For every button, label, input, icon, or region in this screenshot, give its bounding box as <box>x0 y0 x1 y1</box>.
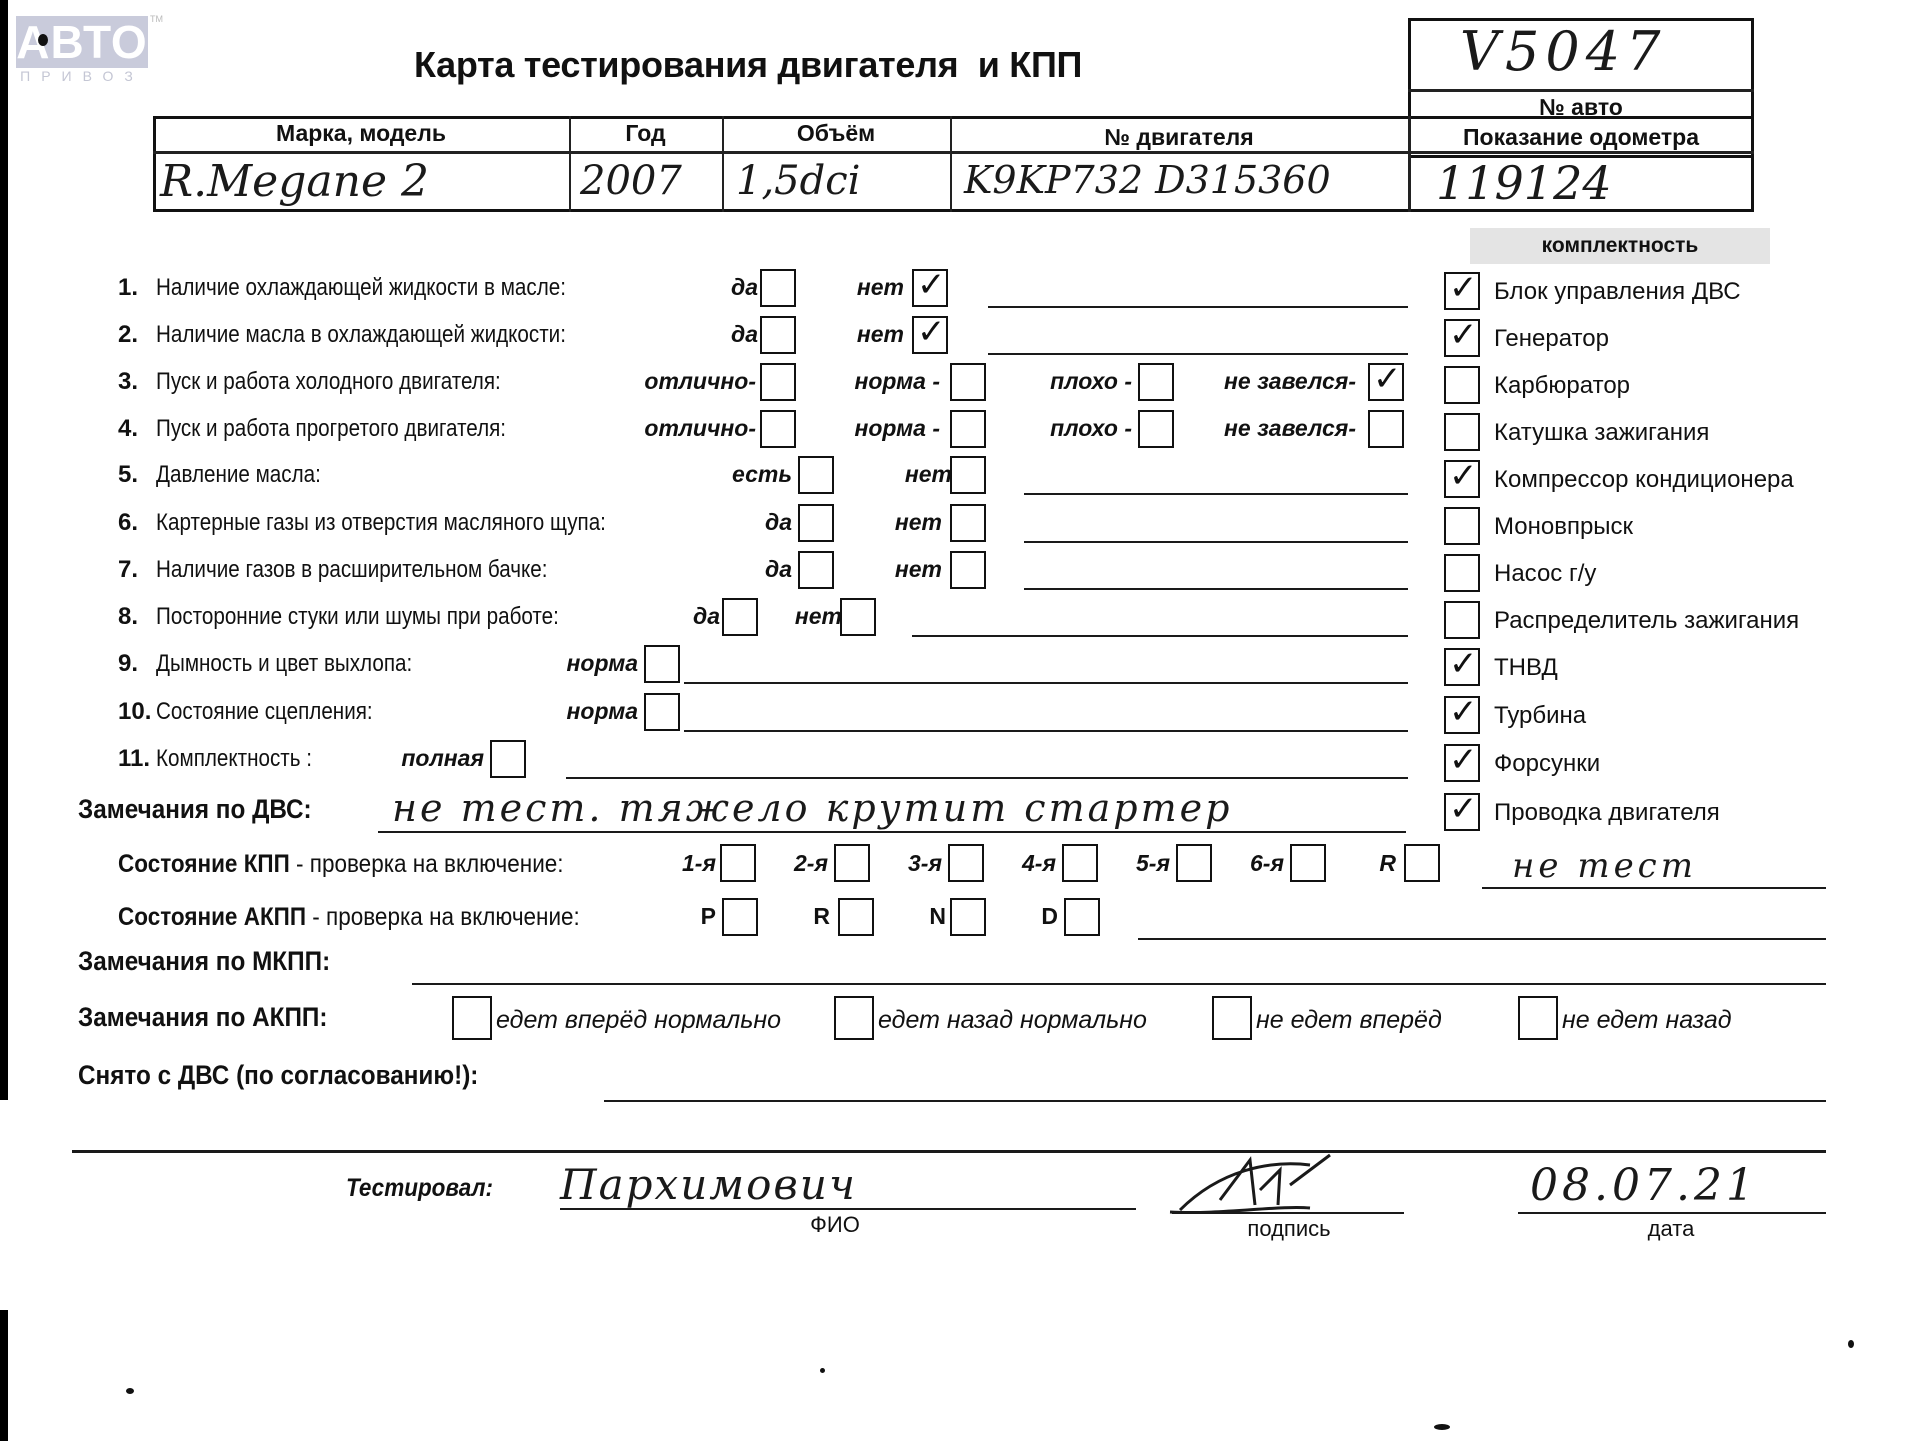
scan-edge-bottom <box>0 1310 8 1441</box>
car-number-value: V5047 <box>1460 20 1666 83</box>
scan-speck <box>126 1388 134 1394</box>
option-label: плохо - <box>1050 415 1132 442</box>
option-label: да <box>765 509 792 536</box>
gear-checkbox[interactable] <box>720 844 756 882</box>
option-checkbox[interactable] <box>760 269 796 307</box>
option-label: да <box>731 321 758 348</box>
auto-position-checkbox[interactable] <box>950 898 986 936</box>
option-label: да <box>765 556 792 583</box>
engine-number-value[interactable]: K9KP732 D315360 <box>964 158 1331 202</box>
gear-checkbox[interactable] <box>1404 844 1440 882</box>
scan-speck <box>820 1368 825 1373</box>
option-checkbox[interactable] <box>798 504 834 542</box>
option-checkbox[interactable] <box>760 316 796 354</box>
option-checkbox[interactable] <box>840 598 876 636</box>
option-label: полная <box>401 745 484 772</box>
option-label: нет <box>895 509 942 536</box>
gear-checkbox[interactable] <box>1176 844 1212 882</box>
option-checkbox[interactable] <box>798 551 834 589</box>
checklist-item-number: 11. <box>118 745 150 773</box>
tester-name-line <box>560 1208 1136 1210</box>
checklist-item-number: 4. <box>118 415 138 443</box>
akpp-remark-checkbox[interactable] <box>452 996 492 1040</box>
checklist-item-number: 6. <box>118 509 138 537</box>
gear-checkbox[interactable] <box>1062 844 1098 882</box>
completeness-checkbox[interactable] <box>1444 601 1480 639</box>
mkpp-remarks-label: Замечания по МКПП: <box>78 946 330 977</box>
checklist-item-number: 2. <box>118 321 138 349</box>
akpp-remark-label: не едет назад <box>1562 1006 1732 1035</box>
option-label: отлично- <box>644 415 756 442</box>
removed-line <box>604 1100 1826 1102</box>
option-label: не завелся- <box>1224 415 1356 442</box>
footer-separator <box>72 1150 1826 1153</box>
checklist-item-label: Пуск и работа прогретого двигателя: <box>156 415 506 443</box>
checklist-note-line <box>1024 541 1408 543</box>
akpp-remark-checkbox[interactable] <box>834 996 874 1040</box>
akpp-remark-label: едет назад нормально <box>878 1006 1147 1035</box>
checklist-note-line <box>988 306 1408 308</box>
option-checkbox[interactable] <box>1138 363 1174 401</box>
table-header-divider <box>153 151 1754 154</box>
option-label: нет <box>857 321 904 348</box>
checklist-item-number: 9. <box>118 650 138 678</box>
engine-remarks-value[interactable]: не тест. тяжело крутит стартер <box>392 786 1232 830</box>
auto-gearbox-note-line <box>1138 938 1826 940</box>
checklist-note-line <box>988 353 1408 355</box>
completeness-checkbox[interactable] <box>1444 554 1480 592</box>
option-label: норма - <box>854 415 940 442</box>
auto-gearbox-label-bold: Состояние АКПП <box>118 903 306 931</box>
manual-gearbox-label: Состояние КПП - проверка на включение: <box>118 850 564 879</box>
test-date[interactable]: 08.07.21 <box>1530 1160 1758 1211</box>
auto-position-label: R <box>813 903 830 930</box>
gear-label: 3-я <box>908 850 942 877</box>
akpp-remark-checkbox[interactable] <box>1212 996 1252 1040</box>
gear-label: R <box>1379 850 1396 877</box>
checklist-item-label: Наличие охлаждающей жидкости в масле: <box>156 274 566 302</box>
option-label: нет <box>857 274 904 301</box>
checklist-item-label: Картерные газы из отверстия масляного щу… <box>156 509 606 537</box>
completeness-item-label: Компрессор кондиционера <box>1494 466 1794 494</box>
completeness-checkbox[interactable] <box>1444 744 1480 782</box>
checklist-item-label: Давление масла: <box>156 461 321 489</box>
completeness-item-label: Турбина <box>1494 702 1586 730</box>
completeness-checkbox[interactable] <box>1444 366 1480 404</box>
completeness-heading: комплектность <box>1470 228 1770 264</box>
checklist-item-number: 7. <box>118 556 138 584</box>
checklist-item-label: Пуск и работа холодного двигателя: <box>156 368 501 396</box>
engine-remarks-line <box>378 831 1406 833</box>
gear-checkbox[interactable] <box>948 844 984 882</box>
completeness-item-label: Карбюратор <box>1494 372 1630 400</box>
option-checkbox[interactable] <box>950 456 986 494</box>
option-label: плохо - <box>1050 368 1132 395</box>
checklist-item-number: 3. <box>118 368 138 396</box>
completeness-checkbox[interactable] <box>1444 413 1480 451</box>
logo: АВТО <box>16 16 148 68</box>
col-header-year: Год <box>569 120 722 147</box>
col-header-volume: Объём <box>722 120 950 147</box>
checklist-note-line <box>1024 588 1408 590</box>
auto-position-checkbox[interactable] <box>1064 898 1100 936</box>
completeness-checkbox[interactable] <box>1444 319 1480 357</box>
date-line <box>1518 1212 1826 1214</box>
logo-subtitle: ПРИВОЗ <box>16 68 148 84</box>
checklist-note-line <box>566 777 1408 779</box>
checklist-item-label: Комплектность : <box>156 745 312 773</box>
option-label: да <box>731 274 758 301</box>
completeness-item-label: ТНВД <box>1494 654 1558 682</box>
option-checkbox[interactable] <box>1138 410 1174 448</box>
tester-label: Тестировал: <box>346 1174 493 1203</box>
scan-edge-top <box>0 0 8 1100</box>
manual-gearbox-label-rest: - проверка на включение: <box>290 850 564 878</box>
gear-label: 6-я <box>1250 850 1284 877</box>
completeness-item-label: Насос г/у <box>1494 560 1596 588</box>
checklist-item-label: Дымность и цвет выхлопа: <box>156 650 412 678</box>
option-checkbox[interactable] <box>722 598 758 636</box>
option-label: да <box>693 603 720 630</box>
gear-label: 2-я <box>794 850 828 877</box>
completeness-item-label: Блок управления ДВС <box>1494 278 1741 306</box>
auto-gearbox-label-rest: - проверка на включение: <box>306 903 580 931</box>
completeness-item-label: Генератор <box>1494 325 1609 353</box>
option-checkbox[interactable] <box>1368 363 1404 401</box>
scan-speck <box>1848 1340 1854 1348</box>
auto-position-label: N <box>929 903 946 930</box>
manual-gearbox-label-bold: Состояние КПП <box>118 850 290 878</box>
option-checkbox[interactable] <box>490 740 526 778</box>
option-label: норма <box>567 698 639 725</box>
gear-checkbox[interactable] <box>1290 844 1326 882</box>
checklist-item-label: Наличие масла в охлаждающей жидкости: <box>156 321 566 349</box>
auto-position-checkbox[interactable] <box>838 898 874 936</box>
auto-position-label: P <box>701 903 716 930</box>
scan-speck <box>1434 1424 1450 1430</box>
option-checkbox[interactable] <box>760 410 796 448</box>
completeness-checkbox[interactable] <box>1444 272 1480 310</box>
option-label: норма <box>567 650 639 677</box>
completeness-checkbox[interactable] <box>1444 696 1480 734</box>
checklist-item-number: 8. <box>118 603 138 631</box>
option-label: не завелся- <box>1224 368 1356 395</box>
option-checkbox[interactable] <box>644 645 680 683</box>
option-checkbox[interactable] <box>798 456 834 494</box>
checklist-item-label: Состояние сцепления: <box>156 698 373 726</box>
tester-name-caption: ФИО <box>760 1212 910 1238</box>
option-checkbox[interactable] <box>950 363 986 401</box>
checklist-item-label: Посторонние стуки или шумы при работе: <box>156 603 559 631</box>
make-model-value[interactable]: R.Megane 2 <box>160 156 429 207</box>
option-checkbox[interactable] <box>644 693 680 731</box>
completeness-item-label: Форсунки <box>1494 750 1600 778</box>
col-header-engine-number: № двигателя <box>950 124 1408 151</box>
option-label: нет <box>895 556 942 583</box>
option-checkbox[interactable] <box>950 410 986 448</box>
gear-checkbox[interactable] <box>834 844 870 882</box>
option-checkbox[interactable] <box>760 363 796 401</box>
manual-gearbox-note[interactable]: не тест <box>1512 846 1697 886</box>
gear-label: 4-я <box>1022 850 1056 877</box>
gear-label: 1-я <box>682 850 716 877</box>
auto-gearbox-label: Состояние АКПП - проверка на включение: <box>118 903 580 932</box>
completeness-checkbox[interactable] <box>1444 793 1480 831</box>
option-label: нет <box>905 461 952 488</box>
checklist-item-number: 10. <box>118 698 151 726</box>
completeness-item-label: Распределитель зажигания <box>1494 607 1799 635</box>
odometer-value[interactable]: 119124 <box>1436 156 1612 210</box>
page-title: Карта тестирования двигателя и КПП <box>414 44 1082 86</box>
date-caption: дата <box>1596 1216 1746 1242</box>
tester-name[interactable]: Пархимович <box>560 1160 857 1209</box>
option-checkbox[interactable] <box>950 551 986 589</box>
signature-caption: подпись <box>1214 1216 1364 1242</box>
akpp-remarks-label: Замечания по АКПП: <box>78 1002 327 1033</box>
completeness-checkbox[interactable] <box>1444 460 1480 498</box>
completeness-item-label: Катушка зажигания <box>1494 419 1709 447</box>
removed-label: Снято с ДВС (по согласованию!): <box>78 1060 478 1091</box>
volume-value[interactable]: 1,5dci <box>736 158 860 204</box>
option-checkbox[interactable] <box>912 316 948 354</box>
checklist-item-number: 5. <box>118 461 138 489</box>
engine-remarks-label: Замечания по ДВС: <box>78 794 312 825</box>
akpp-remark-checkbox[interactable] <box>1518 996 1558 1040</box>
checklist-note-line <box>912 635 1408 637</box>
auto-position-checkbox[interactable] <box>722 898 758 936</box>
car-number-divider <box>1408 89 1754 92</box>
option-label: есть <box>732 461 792 488</box>
auto-position-label: D <box>1041 903 1058 930</box>
mkpp-remarks-line <box>412 983 1826 985</box>
completeness-item-label: Моновпрыск <box>1494 513 1633 541</box>
year-value[interactable]: 2007 <box>580 158 682 204</box>
option-checkbox[interactable] <box>912 269 948 307</box>
signature-line <box>1172 1212 1404 1214</box>
manual-gearbox-note-line <box>1482 887 1826 889</box>
akpp-remark-label: едет вперёд нормально <box>496 1006 781 1035</box>
gear-label: 5-я <box>1136 850 1170 877</box>
option-label: норма - <box>854 368 940 395</box>
option-checkbox[interactable] <box>1368 410 1404 448</box>
akpp-remark-label: не едет вперёд <box>1256 1006 1442 1035</box>
completeness-item-label: Проводка двигателя <box>1494 799 1720 827</box>
checklist-item-label: Наличие газов в расширительном бачке: <box>156 556 547 584</box>
option-label: отлично- <box>644 368 756 395</box>
completeness-checkbox[interactable] <box>1444 648 1480 686</box>
option-checkbox[interactable] <box>950 504 986 542</box>
checklist-item-number: 1. <box>118 274 138 302</box>
trademark: TM <box>150 14 163 24</box>
checklist-note-line <box>1024 493 1408 495</box>
checklist-note-line <box>684 682 1408 684</box>
checklist-note-line <box>684 730 1408 732</box>
col-header-odometer: Показание одометра <box>1408 124 1754 151</box>
option-label: нет <box>795 603 842 630</box>
col-header-make-model: Марка, модель <box>153 120 569 147</box>
completeness-checkbox[interactable] <box>1444 507 1480 545</box>
scan-speck <box>38 34 48 46</box>
